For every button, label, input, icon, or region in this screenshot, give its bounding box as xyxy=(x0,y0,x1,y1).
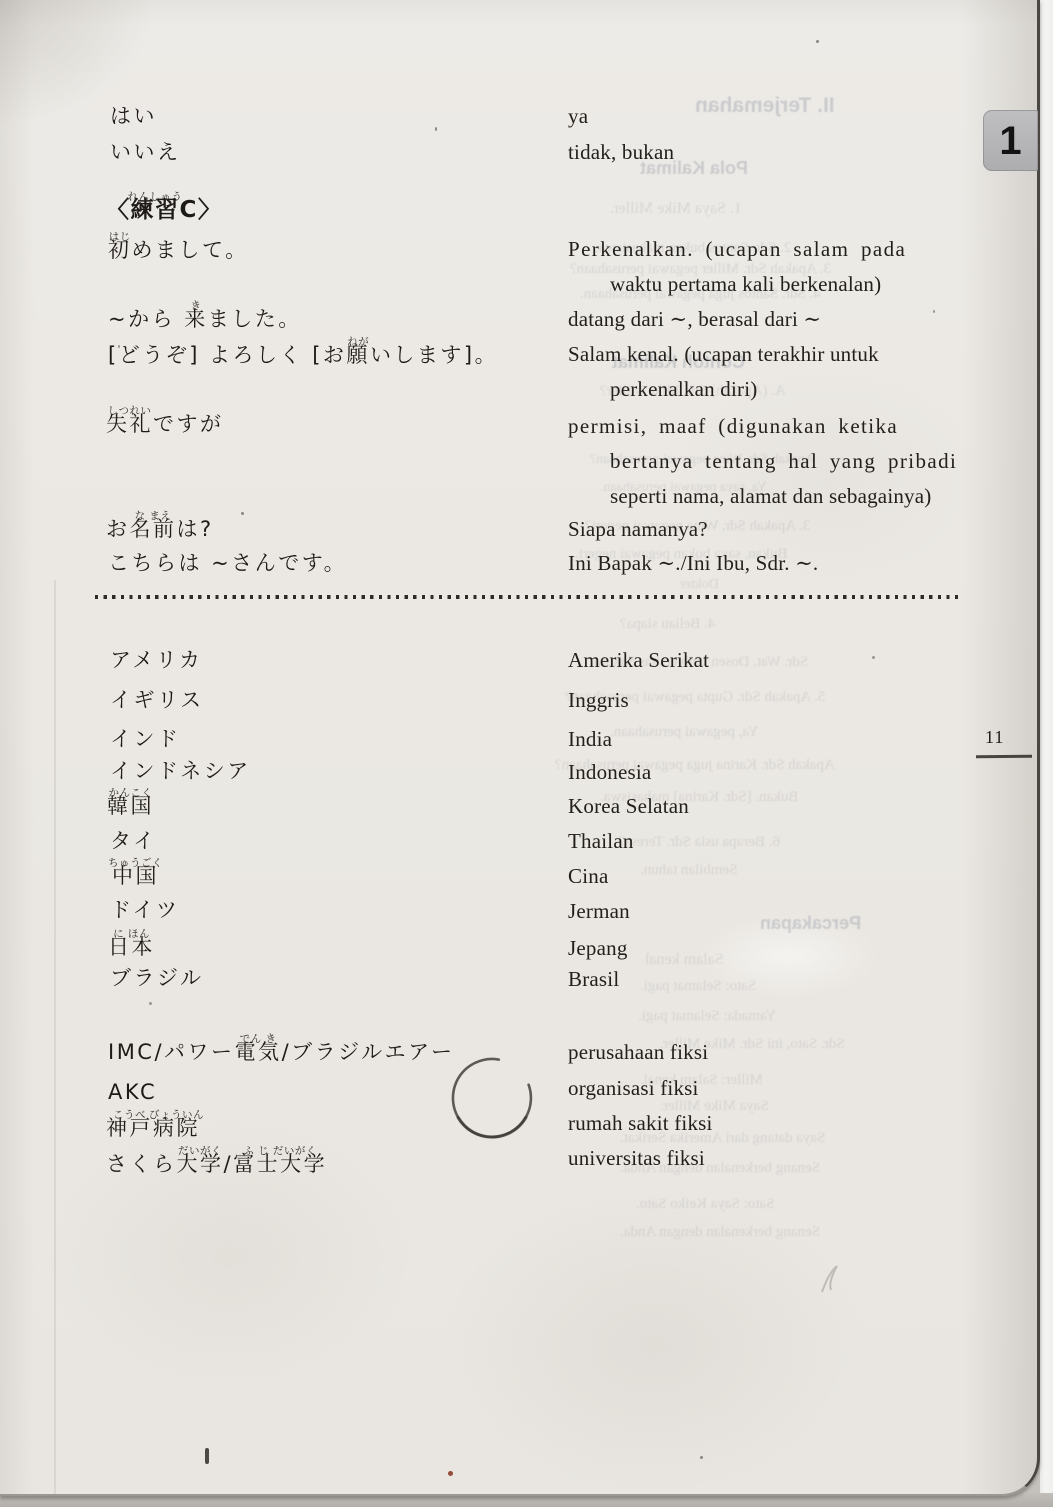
ruby-group: に ほん日本 xyxy=(108,934,155,960)
jp-text: IMC/パワー xyxy=(108,1040,235,1064)
indonesian-translation: Salam kenal. (ucapan terakhir untuk xyxy=(568,341,879,367)
jp-text: は? xyxy=(177,517,214,541)
indonesian-translation: universitas fiksi xyxy=(568,1145,705,1171)
indonesian-translation: Perkenalkan. (ucapan salam pada xyxy=(568,236,906,262)
indonesian-translation: Indonesia xyxy=(568,759,651,785)
furigana: れんしゅう xyxy=(128,192,183,203)
practice-c-heading: 〈れんしゅう練習C〉 xyxy=(106,197,222,223)
paper-speck xyxy=(872,656,875,659)
jp-text: インド xyxy=(110,727,181,751)
jp-term: アメリカ xyxy=(110,647,203,673)
paper-speck xyxy=(816,40,819,43)
paper-speck xyxy=(241,512,244,515)
furigana: な まえ xyxy=(135,511,172,522)
ruby-group: こうべ神戸 xyxy=(106,1115,153,1141)
jp-term: インドネシア xyxy=(110,758,251,784)
ruby-group: でん き電気 xyxy=(235,1039,282,1065)
ruby-group: ふ じ だいがく富士大学 xyxy=(233,1151,327,1177)
indonesian-translation: Ini Bapak ∼./Ini Ibu, Sdr. ∼. xyxy=(568,550,818,576)
ruby-group: ねが願 xyxy=(346,342,370,368)
jp-term: ドイツ xyxy=(110,897,179,923)
paper-speck xyxy=(448,1471,453,1476)
jp-term: かんこく韓国 xyxy=(107,793,154,819)
furigana: でん き xyxy=(240,1034,277,1045)
jp-term: おな まえ名前は? xyxy=(106,516,214,542)
jp-text: ですが xyxy=(153,412,224,436)
jp-term: さくらだいがく大学/ふ じ だいがく富士大学 xyxy=(106,1151,327,1177)
jp-text: はい xyxy=(110,104,157,128)
jp-term: はじ初めまして。 xyxy=(108,237,249,263)
stain-marks xyxy=(0,0,1053,1507)
jp-text: タイ xyxy=(110,829,157,853)
furigana: ちゅうごく xyxy=(108,858,163,869)
bleedthrough-text: Dokter xyxy=(680,577,719,593)
indonesian-translation: tidak, bukan xyxy=(568,139,674,165)
jp-term: はい xyxy=(110,103,157,129)
indonesian-translation: datang dari ∼, berasal dari ∼ xyxy=(568,306,821,332)
ruby-group: だいがく大学 xyxy=(177,1151,224,1177)
jp-text: めまして。 xyxy=(132,238,249,262)
jp-text: [どうぞ] よろしく [お xyxy=(108,343,346,367)
bleedthrough-text: Ya, pegawai perusahaan. xyxy=(610,724,758,741)
indonesian-translation: perusahaan fiksi xyxy=(568,1039,708,1065)
bleedthrough-text: Sato: Saya Keiko Sato. xyxy=(636,1196,774,1213)
ruby-group: れんしゅう練習 xyxy=(131,197,180,223)
jp-term: に ほん日本 xyxy=(108,934,155,960)
dotted-separator xyxy=(95,595,961,599)
indonesian-translation: organisasi fiksi xyxy=(568,1075,699,1101)
page-number: 11 xyxy=(985,727,1004,748)
ruby-group: き来 xyxy=(184,306,208,332)
jp-term: しつれい失礼ですが xyxy=(106,411,224,437)
bleedthrough-text: Sembilan tahun. xyxy=(640,862,738,879)
bleedthrough-text: II. Terjemahan xyxy=(695,94,835,118)
indonesian-translation: Brasil xyxy=(568,966,619,992)
paper-speck xyxy=(435,127,437,131)
jp-term: [どうぞ] よろしく [おねが願いします]。 xyxy=(108,342,498,368)
furigana: しつれい xyxy=(108,406,152,417)
jp-text: ~から xyxy=(108,307,184,331)
jp-text: /ブラジルエアー xyxy=(282,1040,455,1064)
furigana: き xyxy=(191,301,202,312)
jp-text: ました。 xyxy=(208,307,302,331)
indonesian-translation: ya xyxy=(568,103,588,129)
jp-term: こうべ神戸びょういん病院 xyxy=(106,1115,200,1141)
indonesian-translation: Korea Selatan xyxy=(568,793,689,819)
jp-text: お xyxy=(106,517,130,541)
indonesian-translation: rumah sakit fiksi xyxy=(568,1110,713,1136)
paper-speck xyxy=(933,310,935,313)
paper-crease xyxy=(54,580,56,1494)
paper-speck xyxy=(118,345,120,348)
ruby-group: ちゅうごく中国 xyxy=(112,863,159,889)
jp-text: いします]。 xyxy=(370,343,498,367)
furigana: ふ じ だいがく xyxy=(243,1146,317,1157)
indonesian-translation: Jepang xyxy=(568,935,628,961)
bleedthrough-text: 1. Saya Mike Miller. xyxy=(610,200,742,218)
page-number-rule xyxy=(976,755,1032,759)
furigana: びょういん xyxy=(149,1110,204,1121)
indonesian-translation: perkenalkan diri) xyxy=(610,376,757,402)
indonesian-translation: waktu pertama kali berkenalan) xyxy=(610,271,881,297)
jp-text: イギリス xyxy=(110,688,204,712)
jp-text: ドイツ xyxy=(110,898,179,922)
bleedthrough-text: Sato: Selamat pagi. xyxy=(640,978,756,995)
jp-text: C〉 xyxy=(180,197,223,223)
jp-text: アメリカ xyxy=(110,648,203,672)
ruby-group: かんこく韓国 xyxy=(107,793,154,819)
jp-term: ちゅうごく中国 xyxy=(112,863,159,889)
bleedthrough-text: 6. Berapa usia Sdr. Teresa? xyxy=(618,834,780,851)
jp-text: / xyxy=(224,1152,234,1176)
furigana: に ほん xyxy=(113,929,150,940)
chapter-tab: 1 xyxy=(983,110,1038,171)
bleedthrough-text: 4. Beliau siapa? xyxy=(620,616,715,633)
furigana: はじ xyxy=(109,232,131,243)
jp-text: いいえ xyxy=(110,140,181,164)
ruby-group: な まえ名前 xyxy=(130,516,177,542)
jp-text: ブラジル xyxy=(110,966,203,990)
chapter-tab-number: 1 xyxy=(999,121,1021,161)
indonesian-translation: permisi, maaf (digunakan ketika xyxy=(568,413,898,439)
paper-speck xyxy=(149,1002,152,1005)
indonesian-translation: Amerika Serikat xyxy=(568,647,709,673)
jp-term: タイ xyxy=(110,828,157,854)
jp-term: いいえ xyxy=(110,139,181,165)
jp-term: こちらは ~さんです。 xyxy=(108,550,347,576)
jp-term: AKC xyxy=(108,1079,157,1105)
scan-edge-strip xyxy=(1040,0,1053,1507)
indonesian-translation: India xyxy=(568,726,612,752)
jp-text: さくら xyxy=(106,1152,177,1176)
indonesian-translation: seperti nama, alamat dan sebagainya) xyxy=(610,483,931,509)
paper-speck xyxy=(700,1456,703,1459)
jp-text: AKC xyxy=(108,1080,157,1104)
indonesian-translation: Thailan xyxy=(568,828,634,854)
bleedthrough-text: Senang berkenalan dengan Anda. xyxy=(620,1224,820,1241)
ruby-group: びょういん病院 xyxy=(153,1115,200,1141)
indonesian-translation: Jerman xyxy=(568,898,630,924)
furigana: だいがく xyxy=(178,1146,222,1157)
furigana: こうべ xyxy=(113,1110,146,1121)
indonesian-translation: bertanya tentang hal yang pribadi xyxy=(610,448,957,474)
furigana: かんこく xyxy=(109,788,153,799)
indonesian-translation: Siapa namanya? xyxy=(568,516,708,542)
jp-term: ~から き来ました。 xyxy=(108,306,302,332)
furigana: ねが xyxy=(347,337,369,348)
jp-term: イギリス xyxy=(110,687,204,713)
jp-term: インド xyxy=(110,726,181,752)
ruby-group: はじ初 xyxy=(108,237,132,263)
bleedthrough-text: Percakapan xyxy=(760,913,861,934)
indonesian-translation: Inggris xyxy=(568,687,629,713)
bleedthrough-text: Yamada: Selamat pagi. xyxy=(638,1008,776,1025)
jp-text: こちらは ~さんです。 xyxy=(108,551,347,575)
bleedthrough-text: Salam kenal xyxy=(645,951,724,969)
jp-term: ブラジル xyxy=(110,965,203,991)
jp-text: インドネシア xyxy=(110,759,251,783)
ruby-group: しつれい失礼 xyxy=(106,411,153,437)
textbook-page: II. TerjemahanPola Kalimat1. Saya Mike M… xyxy=(0,0,1040,1496)
jp-term: IMC/パワーでん き電気/ブラジルエアー xyxy=(108,1039,454,1065)
paper-speck xyxy=(205,1448,209,1464)
indonesian-translation: Cina xyxy=(568,863,608,889)
